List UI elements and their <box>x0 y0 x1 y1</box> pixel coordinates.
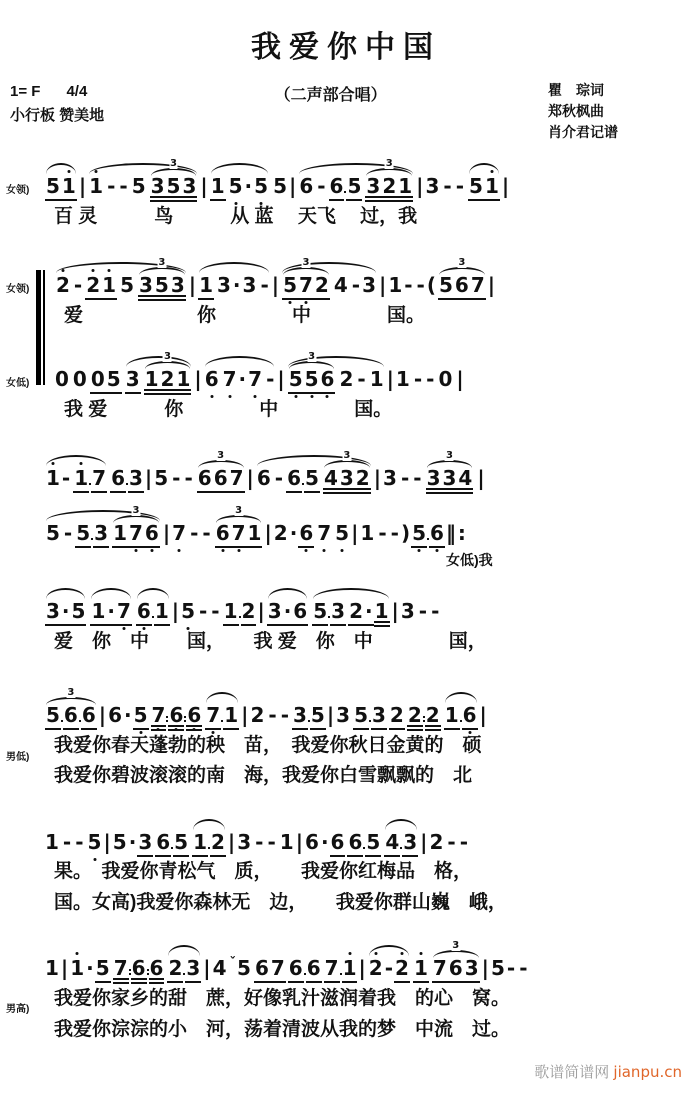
slur-arc: 1- 1 7 <box>44 467 108 493</box>
voice-label <box>6 449 40 473</box>
lyrics-line: 我 爱 你 中 国。 <box>54 395 688 425</box>
key-tempo-block: 1= F4/4 小行板 赞美地 <box>10 80 113 143</box>
voice-label <box>6 813 40 837</box>
watermark-site-name: 歌谱简谱网 <box>534 1064 609 1081</box>
notation-line: 5 6 6|6·5 7 6 6 7 1|2 - - 3 5|3 5 3 2 2 … <box>44 686 688 731</box>
music-system: 女低)0 0 05 3 121|6 7·7 -|556 2 - 1|1 - - … <box>6 350 688 425</box>
lyrics-line: 果。 我爱你青松气 质， 我爱你红梅品 格， <box>44 857 688 887</box>
voice-label: 女领) <box>6 157 40 196</box>
slur-arc: 6 1 <box>135 600 171 626</box>
triplet-arc: 671 <box>214 522 264 548</box>
slur-arc: 4 3 <box>383 831 419 857</box>
notation-line: 1 - - 5|5·3 6 5 1 2|3 - - 1|6·6 6 5 4 3|… <box>44 813 688 857</box>
slur-arc: 6 7·7 - <box>203 368 277 392</box>
music-system: 1- 1 7 6 3|5 - - 667|6 - 6 5 432|3 - - 3… <box>6 449 688 494</box>
triplet-arc: 572 <box>281 274 331 300</box>
lyrics-line: 国。女高)我爱你森林无 边， 我爱你群山巍 峨， <box>44 888 688 918</box>
triplet-arc: 353 <box>149 175 199 202</box>
notation-line: 1|1·5 7 6 6 2 3|4 ˇ5 67 6 6 7 1|2-2 1 76… <box>44 938 688 984</box>
slur-arc: 5 3 2·1 <box>311 600 390 627</box>
music-system: 女领)51|1 - - 5 353|1 5·5 5|6 - 6 5 321|3 … <box>6 157 688 232</box>
triplet-arc: 432 <box>322 467 372 494</box>
slur-arc: 1 6 <box>443 704 479 730</box>
slur-arc: 1 5·5 <box>209 175 270 201</box>
header-meta: 1= F4/4 小行板 赞美地 （二声部合唱） 瞿 琮词 郑秋枫曲 肖介君记谱 <box>0 66 692 147</box>
slur-arc: 6 - 6 5 432 <box>255 467 373 494</box>
lyrics-line: 爱 你 中 国， 我 爱 你 中 国， <box>44 627 688 657</box>
triplet-arc: 334 <box>425 467 475 494</box>
lyrics-line: 爱 你 中 国。 <box>54 301 688 331</box>
triplet-arc: 556 <box>287 368 337 394</box>
music-system: 男低)5 6 6|6·5 7 6 6 7 1|2 - - 3 5|3 5 3 2… <box>6 686 688 792</box>
lyricist-credit: 瞿 琮词 <box>548 80 618 101</box>
triplet-arc: 176 <box>111 522 161 548</box>
voice-label: 女领) <box>6 256 40 295</box>
notation-line: 0 0 05 3 121|6 7·7 -|556 2 - 1|1 - - 0 | <box>54 350 688 395</box>
watermark: 歌谱简谱网 jianpu.cn <box>534 1061 682 1082</box>
notation-line: 3·5 1·7 6 1|5 - - 1 2|3·6 5 3 2·1|3 - - <box>44 582 688 627</box>
composer-credit: 郑秋枫曲 <box>548 101 618 122</box>
slur-arc: 6 - 6 5 321 <box>297 175 415 202</box>
music-system: 女领)2 - 21 5 353|1 3·3 -|572 4 -3|1- -(56… <box>6 256 688 331</box>
sheet-music-page: 我爱你中国 1= F4/4 小行板 赞美地 （二声部合唱） 瞿 琮词 郑秋枫曲 … <box>0 0 692 1098</box>
watermark-site-link[interactable]: jianpu.cn <box>613 1063 682 1081</box>
slur-arc: 3·6 <box>266 600 309 626</box>
voice-label <box>6 582 40 606</box>
slur-arc: 556 2 - 1 <box>286 368 386 394</box>
time-signature: 4/4 <box>66 83 87 100</box>
slur-arc: 3·5 <box>44 600 87 626</box>
slur-arc: 2 3 <box>166 957 202 983</box>
triplet-arc: 667 <box>196 467 246 493</box>
music-system: 男高)1|1·5 7 6 6 2 3|4 ˇ5 67 6 6 7 1|2-2 1… <box>6 938 688 1045</box>
triplet-arc: 321 <box>364 175 414 202</box>
slur-arc: 1 3·3 - <box>197 274 271 300</box>
triplet-arc: 567 <box>437 274 487 300</box>
slur-arc: 3 121 <box>124 368 194 395</box>
notation-line: 1- 1 7 6 3|5 - - 667|6 - 6 5 432|3 - - 3… <box>44 449 688 494</box>
music-system: 1 - - 5|5·3 6 5 1 2|3 - - 1|6·6 6 5 4 3|… <box>6 813 688 918</box>
slur-arc: 2-2 <box>367 957 411 983</box>
slur-arc: 1 - - 5 353 <box>87 175 199 202</box>
slur-arc: 1·7 <box>89 600 132 626</box>
music-system: 5 - 5 3 176|7 - - 671|2·6 7 5|1 - -)5 6‖… <box>6 504 688 570</box>
lyrics-line: 我爱你家乡的甜 蔗，好像乳汁滋润着我 的心 窝。 <box>44 984 688 1014</box>
slur-arc: 51 <box>44 175 78 201</box>
transcriber-credit: 肖介君记谱 <box>548 122 618 143</box>
notation-line: 5 - 5 3 176|7 - - 671|2·6 7 5|1 - -)5 6‖… <box>44 504 688 548</box>
key-signature: 1= F <box>10 83 40 100</box>
voice-label: 男低) <box>6 686 40 763</box>
score: 女领)51|1 - - 5 353|1 5·5 5|6 - 6 5 321|3 … <box>0 147 692 1045</box>
triplet-arc: 763 <box>431 957 481 983</box>
lyrics-line: 我爱你淙淙的小 河，荡着清波从我的梦 中流 过。 <box>44 1015 688 1045</box>
notation-line: 2 - 21 5 353|1 3·3 -|572 4 -3|1- -(567| <box>54 256 688 301</box>
voice-group-brace: 女领)2 - 21 5 353|1 3·3 -|572 4 -3|1- -(56… <box>6 256 688 425</box>
credits-block: 瞿 琮词 郑秋枫曲 肖介君记谱 <box>548 80 678 143</box>
subtitle: （二声部合唱） <box>275 80 387 143</box>
notation-line: 51|1 - - 5 353|1 5·5 5|6 - 6 5 321|3 - -… <box>44 157 688 202</box>
slur-arc: 51 <box>467 175 501 201</box>
voice-label: 男高) <box>6 938 40 1015</box>
slur-arc: 572 4 -3 <box>280 274 378 300</box>
triplet-arc: 353 <box>137 274 187 301</box>
page-title: 我爱你中国 <box>0 0 692 66</box>
slur-arc: 2 - 21 5 353 <box>54 274 188 301</box>
tempo-marking: 小行板 赞美地 <box>10 104 113 128</box>
inline-voice-label: 女低)我 <box>446 550 688 570</box>
triplet-arc: 5 6 6 <box>44 704 98 730</box>
voice-label: 女低) <box>6 350 40 389</box>
voice-label <box>6 504 40 528</box>
music-system: 3·5 1·7 6 1|5 - - 1 2|3·6 5 3 2·1|3 - -爱… <box>6 582 688 657</box>
slur-arc: 1 2 <box>191 831 227 857</box>
slur-arc: 7 1 <box>204 704 240 730</box>
lyrics-line: 我爱你春天蓬勃的秧 苗， 我爱你秋日金黄的 硕 <box>44 731 688 761</box>
lyrics-line: 我爱你碧波滚滚的南 海，我爱你白雪飘飘的 北 <box>44 761 688 791</box>
slur-arc: 5 - 5 3 176 <box>44 522 162 548</box>
triplet-arc: 121 <box>143 368 193 395</box>
lyrics-line: 百 灵 鸟 从 蓝 天飞 过，我 <box>44 202 688 232</box>
